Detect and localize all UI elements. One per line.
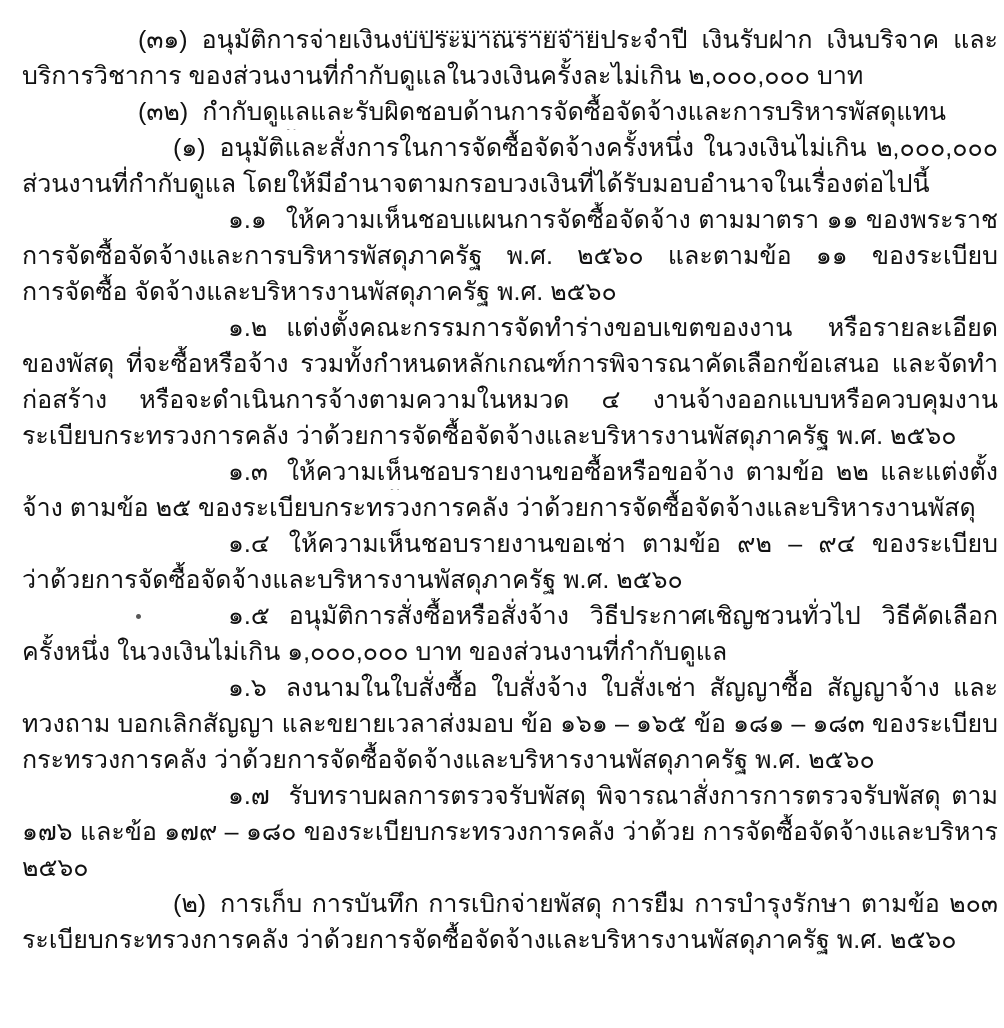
line-text: บริการวิชาการ ของส่วนงานที่กำกับดูแลในวง… <box>22 62 863 90</box>
line-text: ให้ความเห็นชอบรายงานขอเช่า ตามข้อ ๙๒ – ๙… <box>228 530 998 562</box>
line-text: ก่อสร้าง หรือจะดำเนินการจ้างตามความในหมว… <box>22 386 998 418</box>
line-text: กระทรวงการคลัง ว่าด้วยการจัดซื้อจัดจ้างแ… <box>22 746 875 774</box>
item-number: ๑.๔ <box>228 530 270 558</box>
line-text: ให้ความเห็นชอบแผนการจัดซื้อจัดจ้าง ตามมา… <box>228 206 998 238</box>
line-text: การจัดซื้อ จัดจ้างและบริหารงานพัสดุภาครั… <box>22 278 617 306</box>
item-number: (๓๑) <box>138 26 188 54</box>
line-text: ระเบียบกระทรวงการคลัง ว่าด้วยการจัดซื้อจ… <box>22 422 957 450</box>
text-line: ๑.๑ให้ความเห็นชอบแผนการจัดซื้อจัดจ้าง ตา… <box>22 202 998 238</box>
text-line: ระเบียบกระทรวงการคลัง ว่าด้วยการจัดซื้อจ… <box>22 922 998 958</box>
text-line: การจัดซื้อจัดจ้างและการบริหารพัสดุภาครัฐ… <box>22 238 998 274</box>
item-number: (๓๒) <box>138 98 188 126</box>
text-line: ๑๗๖ และข้อ ๑๗๙ – ๑๘๐ ของระเบียบกระทรวงกา… <box>22 814 998 850</box>
text-line: (๒)การเก็บ การบันทึก การเบิกจ่ายพัสดุ กา… <box>22 886 998 922</box>
line-text: จ้าง ตามข้อ ๒๕ ของระเบียบกระทรวงการคลัง … <box>22 494 976 526</box>
item-number: ๑.๗ <box>228 782 270 810</box>
text-line: จ้าง ตามข้อ ๒๕ ของระเบียบกระทรวงการคลัง … <box>22 490 998 526</box>
item-number: ๑.๖ <box>228 674 267 702</box>
document-page: (๓๑)อนุมัติการจ่ายเงินงบประมาณรายจ่ายประ… <box>0 0 1004 1028</box>
line-text: การเก็บ การบันทึก การเบิกจ่ายพัสดุ การยื… <box>173 890 998 922</box>
text-line: (๓๒)กำกับดูแลและรับผิดชอบด้านการจัดซื้อจ… <box>22 94 998 130</box>
line-text: การจัดซื้อจัดจ้างและการบริหารพัสดุภาครัฐ… <box>22 242 998 274</box>
text-line: ระเบียบกระทรวงการคลัง ว่าด้วยการจัดซื้อจ… <box>22 418 998 454</box>
line-text: รับทราบผลการตรวจรับพัสดุ พิจารณาสั่งการก… <box>228 782 998 814</box>
document-body: (๓๑)อนุมัติการจ่ายเงินงบประมาณรายจ่ายประ… <box>0 0 1004 958</box>
line-text: อนุมัติและสั่งการในการจัดซื้อจัดจ้างครั้… <box>173 134 998 166</box>
line-text: ลงนามในใบสั่งซื้อ ใบสั่งจ้าง ใบสั่งเช่า … <box>228 674 998 706</box>
text-line: ๑.๗รับทราบผลการตรวจรับพัสดุ พิจารณาสั่งก… <box>22 778 998 814</box>
line-text: ของพัสดุ ที่จะซื้อหรือจ้าง รวมทั้งกำหนดห… <box>22 350 998 382</box>
text-line: กระทรวงการคลัง ว่าด้วยการจัดซื้อจัดจ้างแ… <box>22 742 998 778</box>
text-line: ส่วนงานที่กำกับดูแล โดยให้มีอำนาจตามกรอบ… <box>22 166 998 202</box>
item-number: (๑) <box>173 134 206 162</box>
text-line: ของพัสดุ ที่จะซื้อหรือจ้าง รวมทั้งกำหนดห… <box>22 346 998 382</box>
text-line: ๑.๕อนุมัติการสั่งซื้อหรือสั่งจ้าง วิธีปร… <box>22 598 998 634</box>
text-line: บริการวิชาการ ของส่วนงานที่กำกับดูแลในวง… <box>22 58 998 94</box>
line-text: อนุมัติการจ่ายเงินงบประมาณรายจ่ายประจำปี… <box>138 26 998 58</box>
line-text: ครั้งหนึ่ง ในวงเงินไม่เกิน ๑,๐๐๐,๐๐๐ บาท… <box>22 638 727 666</box>
text-line: ๒๕๖๐ <box>22 850 998 886</box>
item-number: ๑.๑ <box>228 206 267 234</box>
item-number: ๑.๕ <box>228 602 270 630</box>
text-line: ๑.๖ลงนามในใบสั่งซื้อ ใบสั่งจ้าง ใบสั่งเช… <box>22 670 998 706</box>
line-text: ระเบียบกระทรวงการคลัง ว่าด้วยการจัดซื้อจ… <box>22 926 957 958</box>
text-line: (๓๑)อนุมัติการจ่ายเงินงบประมาณรายจ่ายประ… <box>22 22 998 58</box>
text-line: ๑.๒แต่งตั้งคณะกรรมการจัดทำร่างขอบเขตของง… <box>22 310 998 346</box>
text-line: (๑)อนุมัติและสั่งการในการจัดซื้อจัดจ้างค… <box>22 130 998 166</box>
line-text: ว่าด้วยการจัดซื้อจัดจ้างและบริหารงานพัสด… <box>22 566 683 594</box>
line-text: ส่วนงานที่กำกับดูแล โดยให้มีอำนาจตามกรอบ… <box>22 170 930 198</box>
line-text: ๑๗๖ และข้อ ๑๗๙ – ๑๘๐ ของระเบียบกระทรวงกา… <box>22 818 998 850</box>
text-line: ๑.๔ให้ความเห็นชอบรายงานขอเช่า ตามข้อ ๙๒ … <box>22 526 998 562</box>
item-number: (๒) <box>173 890 206 918</box>
text-line: ครั้งหนึ่ง ในวงเงินไม่เกิน ๑,๐๐๐,๐๐๐ บาท… <box>22 634 998 670</box>
item-number: ๑.๓ <box>228 458 268 486</box>
line-text: กำกับดูแลและรับผิดชอบด้านการจัดซื้อจัดจ้… <box>138 98 946 130</box>
line-text: แต่งตั้งคณะกรรมการจัดทำร่างขอบเขตของงาน … <box>228 314 998 346</box>
text-line: ว่าด้วยการจัดซื้อจัดจ้างและบริหารงานพัสด… <box>22 562 998 598</box>
line-text: ให้ความเห็นชอบรายงานขอซื้อหรือขอจ้าง ตาม… <box>228 458 998 490</box>
text-line: การจัดซื้อ จัดจ้างและบริหารงานพัสดุภาครั… <box>22 274 998 310</box>
line-text: อนุมัติการสั่งซื้อหรือสั่งจ้าง วิธีประกา… <box>228 602 998 634</box>
item-number: ๑.๒ <box>228 314 267 342</box>
line-text: ทวงถาม บอกเลิกสัญญา และขยายเวลาส่งมอบ ข้… <box>22 710 998 738</box>
stray-dot-artifact <box>136 614 141 619</box>
line-text: ๒๕๖๐ <box>22 854 89 882</box>
text-line: ก่อสร้าง หรือจะดำเนินการจ้างตามความในหมว… <box>22 382 998 418</box>
text-line: ๑.๓ให้ความเห็นชอบรายงานขอซื้อหรือขอจ้าง … <box>22 454 998 490</box>
text-line: ทวงถาม บอกเลิกสัญญา และขยายเวลาส่งมอบ ข้… <box>22 706 998 742</box>
